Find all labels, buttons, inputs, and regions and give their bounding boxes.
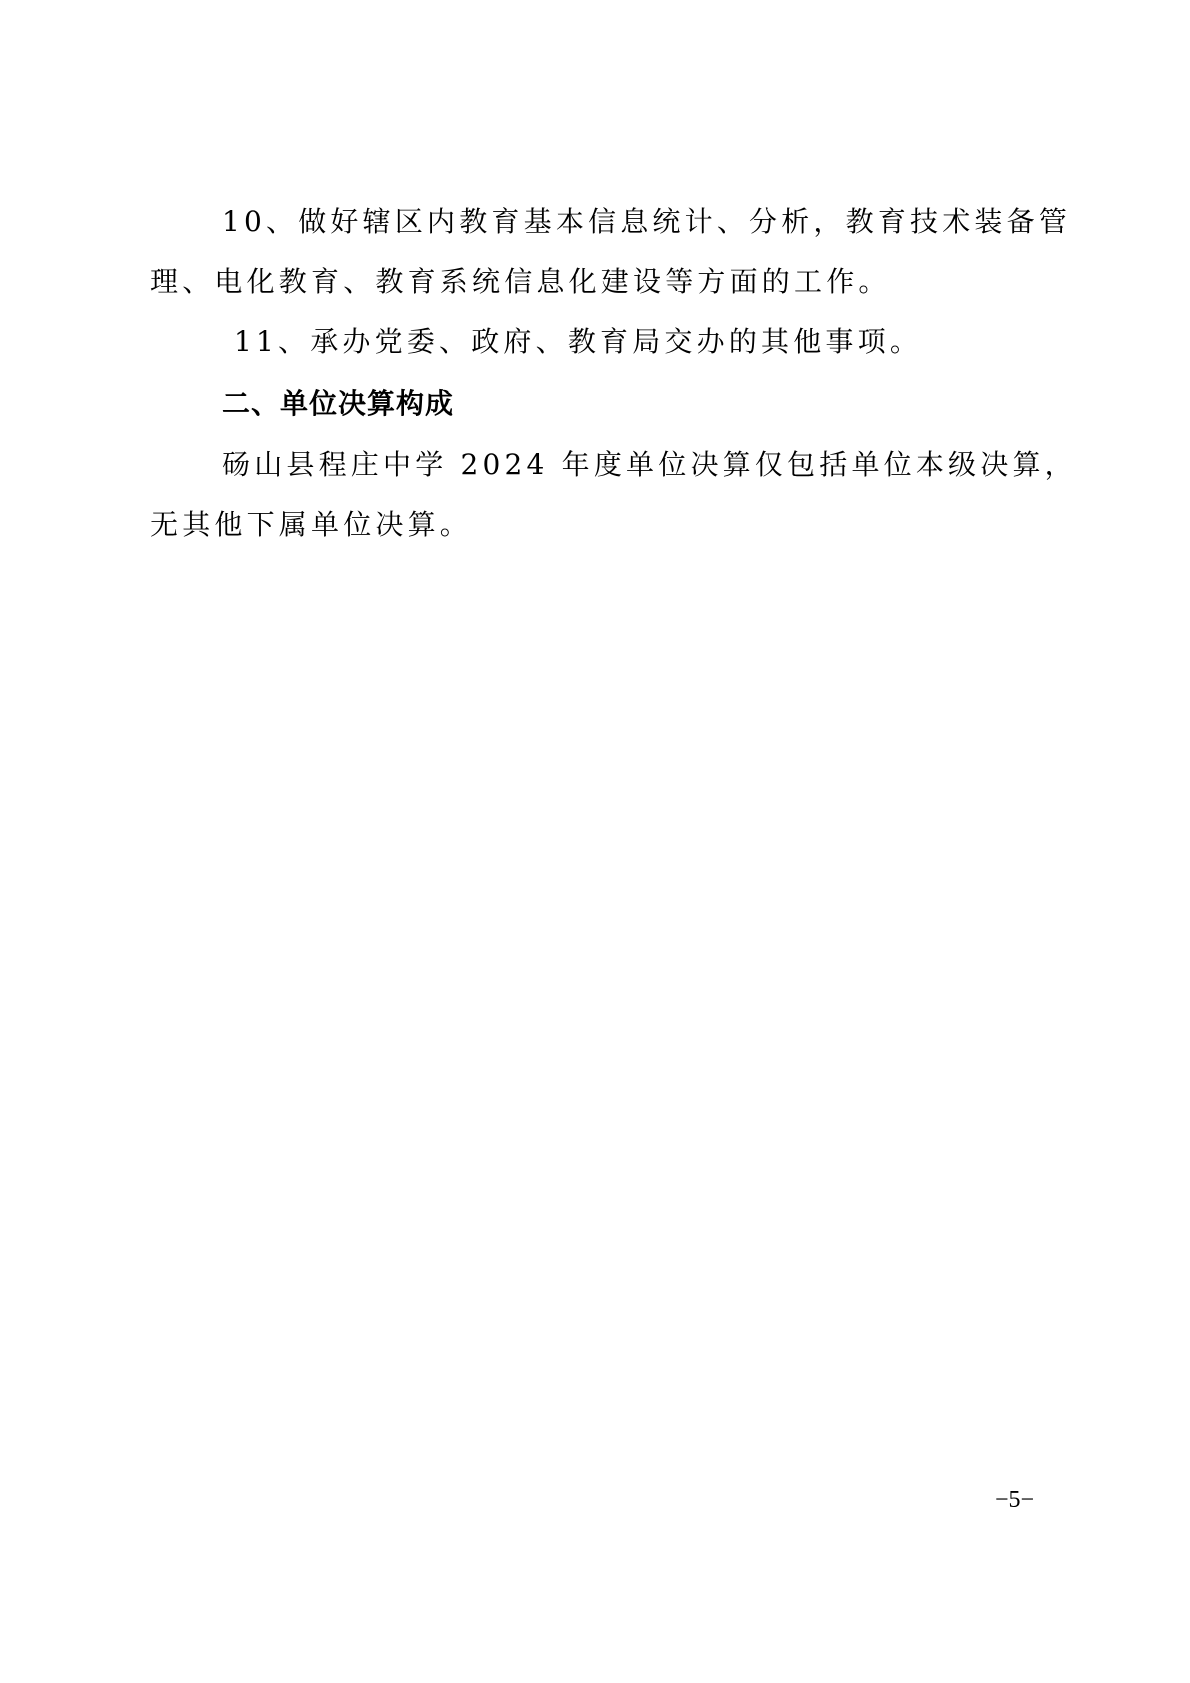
paragraph-item-11-line-1: 11、承办党委、政府、教育局交办的其他事项。 [234, 322, 922, 362]
page-number: −5− [995, 1485, 1034, 1515]
section-body-line-2: 无其他下属单位决算。 [150, 505, 472, 545]
paragraph-item-10-line-1: 10、做好辖区内教育基本信息统计、分析，教育技术装备管 [222, 202, 1071, 242]
document-page: 10、做好辖区内教育基本信息统计、分析，教育技术装备管 理、电化教育、教育系统信… [0, 0, 1190, 1683]
section-heading: 二、单位决算构成 [222, 384, 454, 424]
section-body-line-1: 砀山县程庄中学 2024 年度单位决算仅包括单位本级决算， [222, 445, 1077, 485]
paragraph-item-10-line-2: 理、电化教育、教育系统信息化建设等方面的工作。 [150, 262, 891, 302]
